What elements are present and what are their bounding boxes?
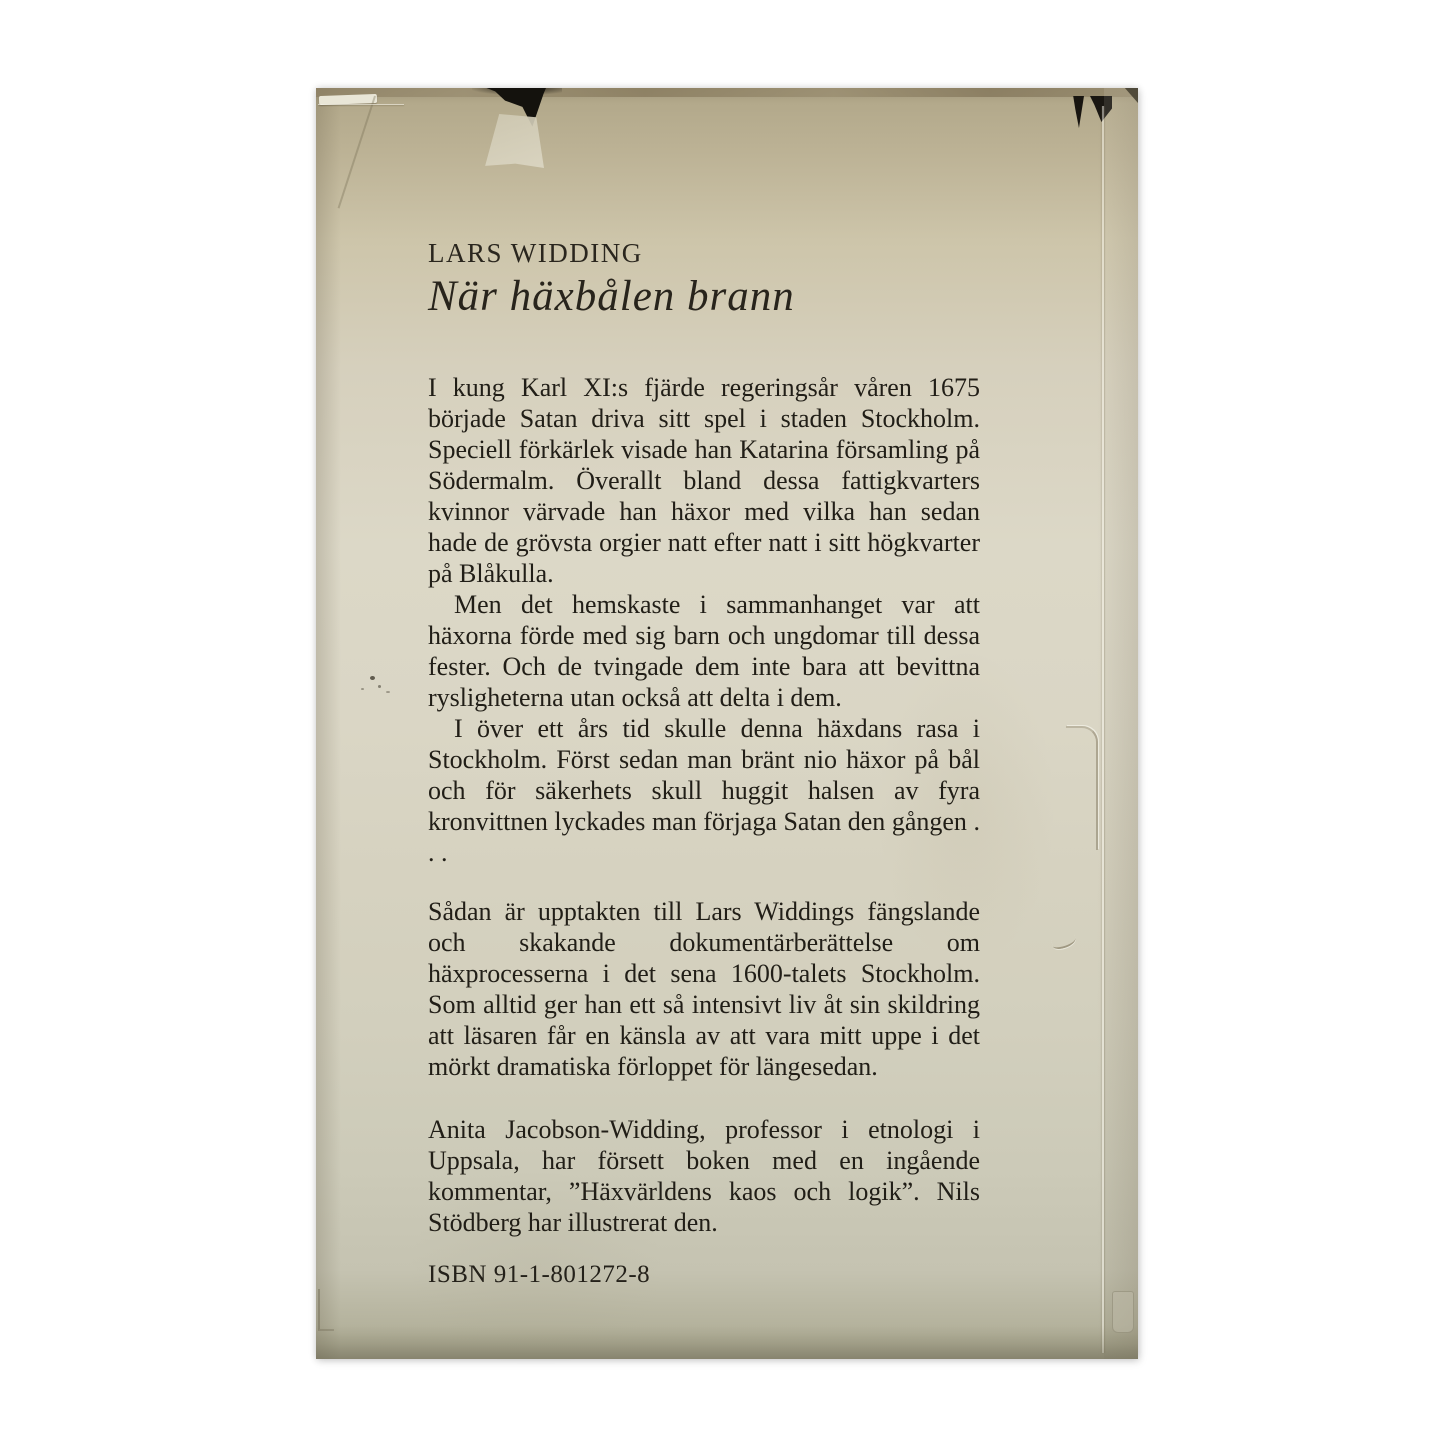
crease-top-left-horizontal — [318, 104, 404, 105]
ink-speck — [378, 685, 381, 688]
tear-mark-right-side — [1066, 726, 1098, 850]
book-title: När häxbålen brann — [428, 274, 980, 320]
blurb-paragraph-2: Men det hemskaste i sammanhanget var att… — [428, 589, 980, 713]
bottom-edge-wear — [316, 1325, 1138, 1359]
isbn-number: ISBN 91-1-801272-8 — [428, 1260, 980, 1290]
ink-speck — [370, 676, 375, 680]
jacket-fold-strip — [1104, 88, 1138, 1359]
blurb-paragraph-3: I över ett års tid skulle denna häxdans … — [428, 713, 980, 868]
tear-mark-top-right-1 — [1072, 96, 1084, 128]
back-cover-text-block: LARS WIDDING När häxbålen brann I kung K… — [428, 88, 980, 1290]
book-back-cover: LARS WIDDING När häxbålen brann I kung K… — [316, 88, 1138, 1359]
blurb-paragraph-5: Anita Jacobson-Widding, professor i etno… — [428, 1114, 980, 1238]
corner-wear-bottom-right — [1112, 1291, 1134, 1333]
blurb-paragraph-4: Sådan är upptakten till Lars Widdings fä… — [428, 896, 980, 1082]
blurb-paragraph-1: I kung Karl XI:s fjärde regeringsår våre… — [428, 372, 980, 589]
ink-speck — [361, 688, 364, 690]
crease-top-left — [338, 96, 376, 209]
corner-wear-bottom-left — [318, 1289, 334, 1331]
author-name: LARS WIDDING — [428, 238, 980, 268]
photo-background: LARS WIDDING När häxbålen brann I kung K… — [0, 0, 1445, 1445]
ink-speck — [386, 691, 390, 693]
